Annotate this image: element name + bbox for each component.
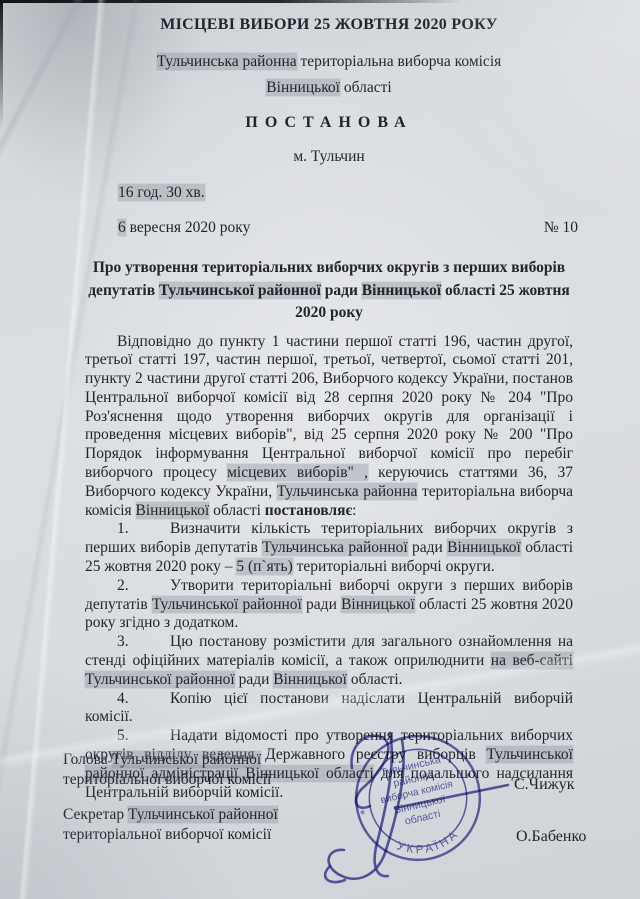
item-3-number: 3.	[117, 633, 170, 652]
photo-left-edge	[0, 0, 3, 130]
subject-title: Про утворення територіальних виборчих ок…	[85, 257, 573, 325]
handwritten-signature-ink	[290, 713, 540, 897]
item-2: 2.Утворити територіальні виборчі округи …	[85, 577, 573, 633]
item-1: 1.Визначити кількість територіальних виб…	[85, 520, 573, 576]
date-line: 6 вересня 2020 року	[118, 219, 250, 237]
commission-name: Тульчинська районна територіальна виборч…	[85, 53, 573, 71]
city-line: м. Тульчин	[85, 148, 573, 166]
document-number: № 10	[544, 219, 578, 237]
item-1-number: 1.	[117, 520, 170, 539]
intro-paragraph: Відповідно до пункту 1 частини першої ст…	[85, 333, 573, 521]
scanned-document-page: МІСЦЕВІ ВИБОРИ 25 ЖОВТНЯ 2020 РОКУ Тульч…	[0, 0, 640, 899]
item-5-number: 5.	[117, 727, 170, 746]
time-line: 16 год. 30 хв.	[118, 184, 573, 202]
item-3: 3.Цю постанову розмістити для загального…	[85, 633, 573, 689]
region-name: Вінницької області	[85, 79, 573, 97]
document-content: МІСЦЕВІ ВИБОРИ 25 ЖОВТНЯ 2020 РОКУ Тульч…	[85, 16, 573, 802]
item-2-number: 2.	[117, 577, 170, 596]
date-number-row: 6 вересня 2020 року № 10	[118, 219, 573, 237]
election-title: МІСЦЕВІ ВИБОРИ 25 ЖОВТНЯ 2020 РОКУ	[85, 16, 573, 34]
document-type: ПОСТАНОВА	[85, 114, 573, 132]
photo-top-edge	[0, 0, 465, 3]
item-4-number: 4.	[117, 690, 170, 709]
